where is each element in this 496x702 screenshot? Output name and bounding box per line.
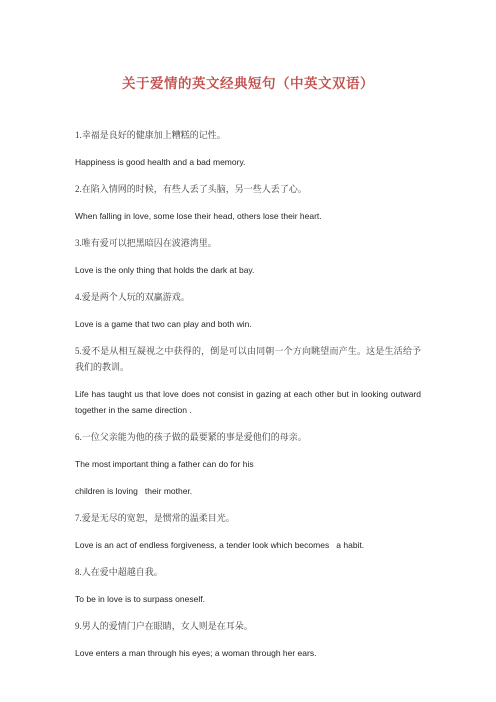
quote-item: 7.爱是无尽的宽恕，是惯常的温柔目光。 Love is an act of en… bbox=[75, 510, 421, 553]
quote-item: 9.男人的爱情门户在眼睛，女人则是在耳朵。 Love enters a man … bbox=[75, 618, 421, 661]
quote-english: Love is a game that two can play and bot… bbox=[75, 316, 421, 332]
quote-chinese: 2.在陷入情网的时候，有些人丢了头脑，另一些人丢了心。 bbox=[75, 181, 421, 197]
quote-chinese: 3.唯有爱可以把黑暗囚在波港湾里。 bbox=[75, 235, 421, 251]
quote-item: 8.人在爱中超越自我。 To be in love is to surpass … bbox=[75, 564, 421, 607]
quote-item: 6.一位父亲能为他的孩子做的最要紧的事是爱他们的母亲。 The most imp… bbox=[75, 429, 421, 499]
quote-chinese: 9.男人的爱情门户在眼睛，女人则是在耳朵。 bbox=[75, 618, 421, 634]
quote-english: The most important thing a father can do… bbox=[75, 456, 421, 472]
quote-chinese: 5.爱不是从相互凝视之中获得的，倒是可以由同朝一个方向眺望而产生。这是生活给予我… bbox=[75, 343, 421, 375]
quote-item: 1.幸福是良好的健康加上糟糕的记性。 Happiness is good hea… bbox=[75, 127, 421, 170]
document-page: 关于爱情的英文经典短句（中英文双语） 1.幸福是良好的健康加上糟糕的记性。 Ha… bbox=[0, 0, 496, 702]
quote-english: Love enters a man through his eyes; a wo… bbox=[75, 645, 421, 661]
quote-chinese: 1.幸福是良好的健康加上糟糕的记性。 bbox=[75, 127, 421, 143]
quote-english: Love is an act of endless forgiveness, a… bbox=[75, 537, 421, 553]
quote-chinese: 7.爱是无尽的宽恕，是惯常的温柔目光。 bbox=[75, 510, 421, 526]
quote-item: 4.爱是两个人玩的双赢游戏。 Love is a game that two c… bbox=[75, 289, 421, 332]
document-title: 关于爱情的英文经典短句（中英文双语） bbox=[75, 75, 421, 92]
quote-english: Love is the only thing that holds the da… bbox=[75, 262, 421, 278]
quote-chinese: 8.人在爱中超越自我。 bbox=[75, 564, 421, 580]
quote-english: To be in love is to surpass oneself. bbox=[75, 591, 421, 607]
quote-item: 2.在陷入情网的时候，有些人丢了头脑，另一些人丢了心。 When falling… bbox=[75, 181, 421, 224]
quote-chinese: 4.爱是两个人玩的双赢游戏。 bbox=[75, 289, 421, 305]
quote-item: 3.唯有爱可以把黑暗囚在波港湾里。 Love is the only thing… bbox=[75, 235, 421, 278]
quote-english: children is loving their mother. bbox=[75, 483, 421, 499]
quote-chinese: 6.一位父亲能为他的孩子做的最要紧的事是爱他们的母亲。 bbox=[75, 429, 421, 445]
quote-english: Happiness is good health and a bad memor… bbox=[75, 154, 421, 170]
quote-item: 5.爱不是从相互凝视之中获得的，倒是可以由同朝一个方向眺望而产生。这是生活给予我… bbox=[75, 343, 421, 418]
quote-english: When falling in love, some lose their he… bbox=[75, 208, 421, 224]
quote-english: Life has taught us that love does not co… bbox=[75, 386, 421, 418]
